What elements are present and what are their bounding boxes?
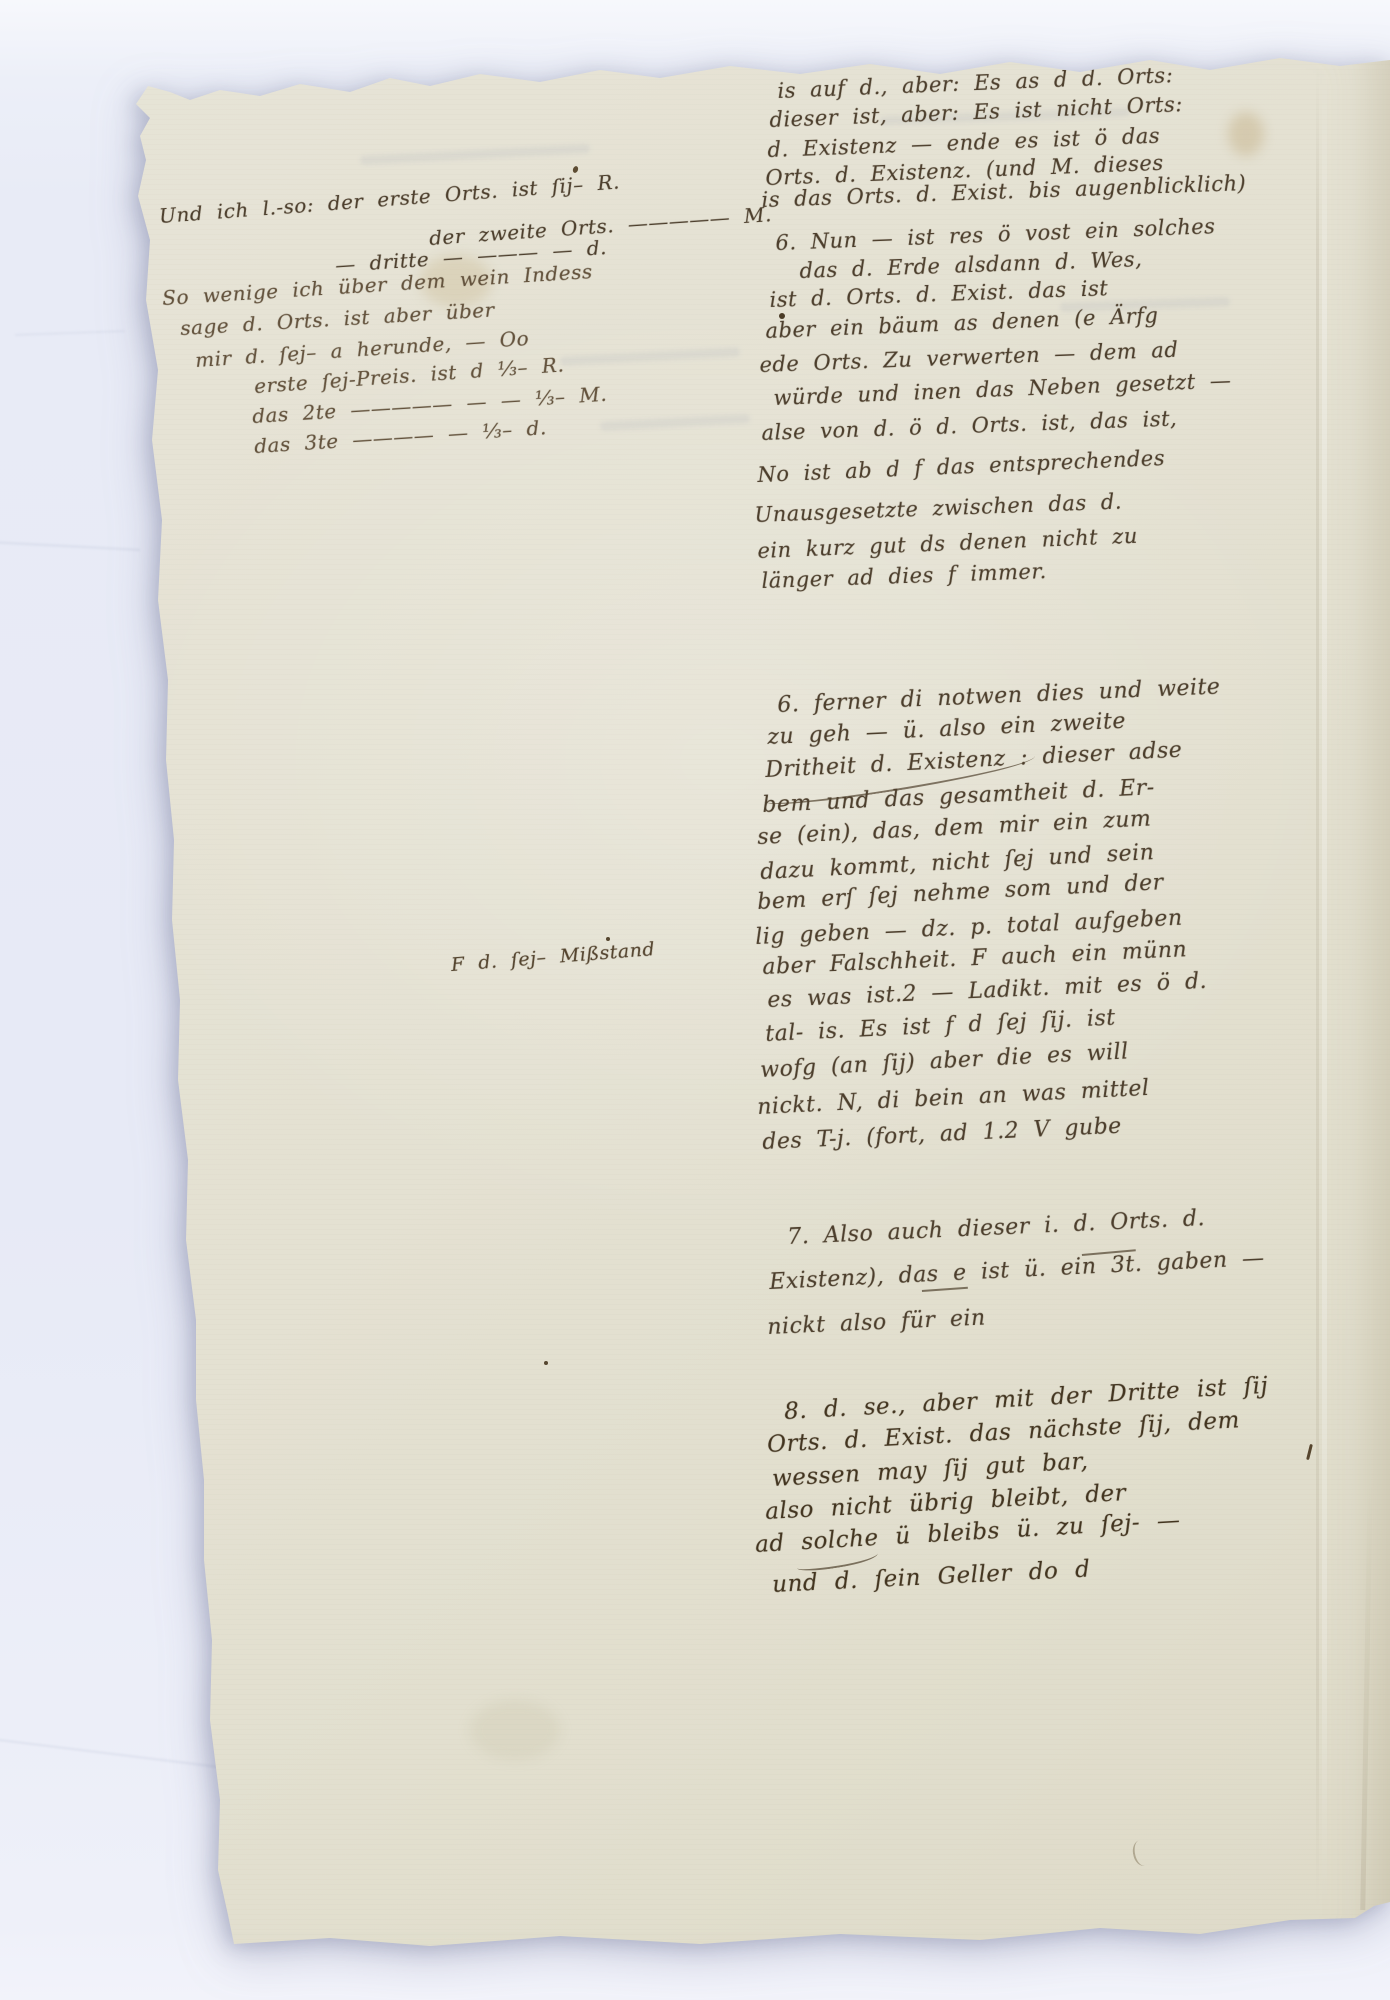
scanned-manuscript-page: Und ich l.-so: der erste Orts. ist ſij– …	[0, 0, 1390, 2000]
underline-stroke	[921, 1275, 968, 1292]
ink-speck	[544, 1361, 548, 1365]
handwriting-line: wofg (an ſij) aber die es will	[760, 1039, 1130, 1084]
bleedthrough-mark	[600, 414, 750, 431]
paper-hair	[1130, 1838, 1153, 1867]
handwriting-line: 7. Also auch dieser i. d. Orts. d.	[787, 1206, 1206, 1251]
handwriting-line: 6. ferner di notwen dies und weite	[777, 674, 1221, 719]
handwriting-line: Existenz), das e ist ü. ein 3t. gaben —	[769, 1246, 1266, 1297]
handwriting-line: ein kurz gut ds denen nicht zu	[757, 524, 1138, 564]
bleedthrough-mark	[360, 144, 590, 165]
handwriting-line: des T-j. (fort, ad 1.2 V gube	[762, 1114, 1123, 1157]
paper-surface: Und ich l.-so: der erste Orts. ist ſij– …	[0, 0, 1390, 2000]
handwriting-line: No ist ab d f das entsprechendes	[757, 446, 1166, 488]
handwriting-line: länger ad dies f immer.	[761, 559, 1047, 594]
paper-sheet: Und ich l.-so: der erste Orts. ist ſij– …	[0, 0, 1390, 2000]
handwriting-line: alse von d. ö d. Orts. ist, das ist,	[761, 407, 1177, 447]
handwriting-line: nickt also für ein	[767, 1305, 986, 1341]
handwriting-line: 6. Nun — ist res ö vost ein solches	[775, 214, 1216, 256]
handwriting-line: Unausgesetzte zwischen das d.	[754, 490, 1122, 529]
stain	[470, 1700, 560, 1760]
paper-crease	[1316, 64, 1319, 1909]
stain	[1228, 112, 1264, 156]
stray-ink-tick	[1306, 1444, 1313, 1460]
handwriting-fragment: F d. ſej– Mißstand	[450, 938, 656, 977]
ink-speck	[606, 937, 610, 941]
bleedthrough-mark	[560, 347, 740, 365]
paper-crease	[1322, 64, 1327, 1909]
paper-fold	[1360, 1480, 1373, 1910]
